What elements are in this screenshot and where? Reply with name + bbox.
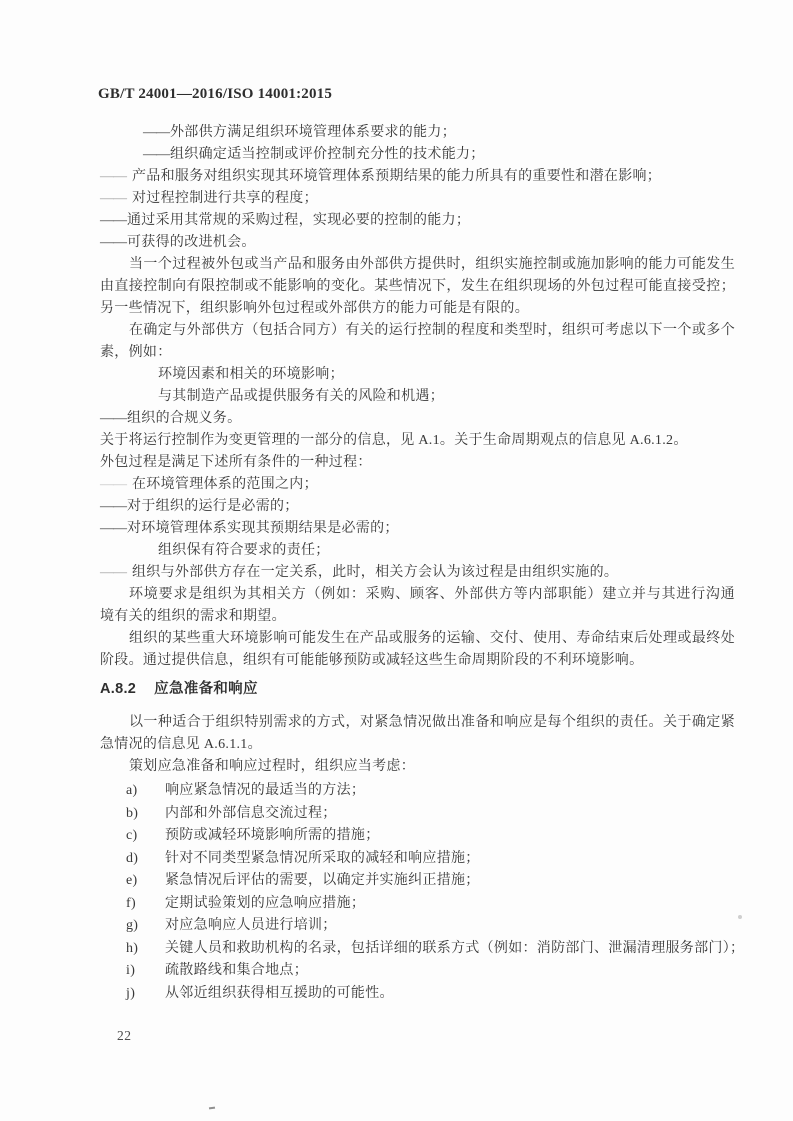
item-label: f) xyxy=(126,893,165,916)
paragraph-line: 当一个过程被外包或当产品和服务由外部供方提供时，组织实施控制或施加影响的能力可能… xyxy=(129,254,735,276)
paragraph-line: 环境要求是组织为其相关方（例如：采购、顾客、外部供方等内部职能）建立并与其进行沟… xyxy=(129,584,735,606)
line-text: 在环境管理体系的范围之内； xyxy=(132,477,318,492)
line-text: 对于组织的运行是必需的； xyxy=(127,499,299,514)
dash-list-item: ——对过程控制进行共享的程度； xyxy=(100,188,735,210)
standard-code-header: GB/T 24001—2016/ISO 14001:2015 xyxy=(98,86,332,103)
item-label: b) xyxy=(126,803,165,826)
list-item: g)对应急响应人员进行培训； xyxy=(100,915,735,938)
paragraph-line: 境有关的组织的需求和期望。 xyxy=(100,606,735,628)
dash-bullet: —— xyxy=(100,477,126,492)
dash-list-item: ——对于组织的运行是必需的； xyxy=(100,496,735,518)
list-item: d)针对不同类型紧急情况所采取的减轻和响应措施； xyxy=(100,848,735,871)
paragraph-line: 素，例如： xyxy=(100,342,735,364)
document-page: GB/T 24001—2016/ISO 14001:2015 ——外部供方满足组… xyxy=(0,0,793,1121)
dash-bullet: —— xyxy=(100,235,126,250)
paragraph-line: 另一些情况下，组织影响外包过程或外部供方的能力可能是有限的。 xyxy=(100,298,735,320)
section-title: 应急准备和响应 xyxy=(154,681,258,697)
list-item: e)紧急情况后评估的需要，以确定并实施纠正措施； xyxy=(100,870,735,893)
item-label: c) xyxy=(126,825,165,848)
sub-list-item: 组织保有符合要求的责任； xyxy=(158,540,735,562)
item-text: 响应紧急情况的最适当的方法； xyxy=(165,780,365,803)
line-text: 产品和服务对组织实现其环境管理体系预期结果的能力所具有的重要性和潜在影响； xyxy=(132,169,661,184)
dash-bullet: —— xyxy=(100,499,126,514)
dash-list-item: ——组织的合规义务。 xyxy=(100,408,735,430)
dash-bullet: —— xyxy=(100,191,126,206)
scan-artifact xyxy=(738,915,742,919)
paragraph-line: 阶段。通过提供信息，组织有可能能够预防或减轻这些生命周期阶段的不利环境影响。 xyxy=(100,650,735,672)
item-text: 针对不同类型紧急情况所采取的减轻和响应措施； xyxy=(165,848,480,871)
item-label: g) xyxy=(126,915,165,938)
list-item: h)关键人员和救助机构的名录，包括详细的联系方式（例如：消防部门、泄漏清理服务部… xyxy=(100,938,735,961)
paragraph-line: 由直接控制向有限控制或不能影响的变化。某些情况下，发生在组织现场的外包过程可能直… xyxy=(100,276,735,298)
list-item: c)预防或减轻环境影响所需的措施； xyxy=(100,825,735,848)
dash-list-item: ——外部供方满足组织环境管理体系要求的能力； xyxy=(143,122,735,144)
paragraph-line: 以一种适合于组织特别需求的方式，对紧急情况做出准备和响应是每个组织的责任。关于确… xyxy=(129,712,735,734)
line-text: 可获得的改进机会。 xyxy=(127,235,256,250)
dash-list-item: ——在环境管理体系的范围之内； xyxy=(100,474,735,496)
paragraph-line: 关于将运行控制作为变更管理的一部分的信息，见 A.1。关于生命周期观点的信息见 … xyxy=(100,430,735,452)
line-text: 组织确定适当控制或评价控制充分性的技术能力； xyxy=(170,147,485,162)
line-text: 通过采用其常规的采购过程，实现必要的控制的能力； xyxy=(127,213,470,228)
sub-list-item: 环境因素和相关的环境影响； xyxy=(158,364,735,386)
dash-list-item: ——可获得的改进机会。 xyxy=(100,232,735,254)
item-label: j) xyxy=(126,983,165,1006)
list-item: i)疏散路线和集合地点； xyxy=(100,960,735,983)
item-label: d) xyxy=(126,848,165,871)
sub-list-item: 与其制造产品或提供服务有关的风险和机遇； xyxy=(158,386,735,408)
emergency-considerations-list: a)响应紧急情况的最适当的方法； b)内部和外部信息交流过程； c)预防或减轻环… xyxy=(100,780,735,1005)
scan-artifact xyxy=(209,1107,215,1110)
paragraph-line: 急情况的信息见 A.6.1.1。 xyxy=(100,734,735,756)
section-heading: A.8.2应急准备和响应 xyxy=(100,678,735,700)
item-text: 关键人员和救助机构的名录，包括详细的联系方式（例如：消防部门、泄漏清理服务部门）… xyxy=(165,938,744,961)
document-body: ——外部供方满足组织环境管理体系要求的能力； ——组织确定适当控制或评价控制充分… xyxy=(100,122,735,1005)
dash-bullet: —— xyxy=(143,125,169,140)
line-text: 组织与外部供方存在一定关系，此时，相关方会认为该过程是由组织实施的。 xyxy=(132,565,618,580)
item-text: 内部和外部信息交流过程； xyxy=(165,803,337,826)
item-label: i) xyxy=(126,960,165,983)
list-item: f)定期试验策划的应急响应措施； xyxy=(100,893,735,916)
item-text: 定期试验策划的应急响应措施； xyxy=(165,893,365,916)
dash-bullet: —— xyxy=(100,565,126,580)
dash-bullet: —— xyxy=(100,521,126,536)
item-label: a) xyxy=(126,780,165,803)
line-text: 对过程控制进行共享的程度； xyxy=(132,191,318,206)
section-number: A.8.2 xyxy=(100,681,136,697)
item-label: h) xyxy=(126,938,165,961)
item-text: 预防或减轻环境影响所需的措施； xyxy=(165,825,380,848)
paragraph-line: 外包过程是满足下述所有条件的一种过程： xyxy=(100,452,735,474)
dash-list-item: ——对环境管理体系实现其预期结果是必需的； xyxy=(100,518,735,540)
list-item: b)内部和外部信息交流过程； xyxy=(100,803,735,826)
dash-bullet: —— xyxy=(100,411,126,426)
paragraph-line: 在确定与外部供方（包括合同方）有关的运行控制的程度和类型时，组织可考虑以下一个或… xyxy=(129,320,735,342)
line-text: 组织的合规义务。 xyxy=(127,411,241,426)
dash-list-item: ——产品和服务对组织实现其环境管理体系预期结果的能力所具有的重要性和潜在影响； xyxy=(100,166,735,188)
dash-bullet: —— xyxy=(143,147,169,162)
item-text: 疏散路线和集合地点； xyxy=(165,960,308,983)
item-text: 对应急响应人员进行培训； xyxy=(165,915,337,938)
dash-list-item: ——组织确定适当控制或评价控制充分性的技术能力； xyxy=(143,144,735,166)
item-label: e) xyxy=(126,870,165,893)
paragraph-line: 组织的某些重大环境影响可能发生在产品或服务的运输、交付、使用、寿命结束后处理或最… xyxy=(129,628,735,650)
paragraph-line: 策划应急准备和响应过程时，组织应当考虑： xyxy=(129,756,735,778)
item-text: 紧急情况后评估的需要，以确定并实施纠正措施； xyxy=(165,870,480,893)
list-item: j)从邻近组织获得相互援助的可能性。 xyxy=(100,983,735,1006)
dash-bullet: —— xyxy=(100,169,126,184)
item-text: 从邻近组织获得相互援助的可能性。 xyxy=(165,983,394,1006)
line-text: 外部供方满足组织环境管理体系要求的能力； xyxy=(170,125,456,140)
dash-bullet: —— xyxy=(100,213,126,228)
page-number: 22 xyxy=(117,1028,132,1044)
dash-list-item: ——组织与外部供方存在一定关系，此时，相关方会认为该过程是由组织实施的。 xyxy=(100,562,735,584)
list-item: a)响应紧急情况的最适当的方法； xyxy=(100,780,735,803)
line-text: 对环境管理体系实现其预期结果是必需的； xyxy=(127,521,399,536)
dash-list-item: ——通过采用其常规的采购过程，实现必要的控制的能力； xyxy=(100,210,735,232)
